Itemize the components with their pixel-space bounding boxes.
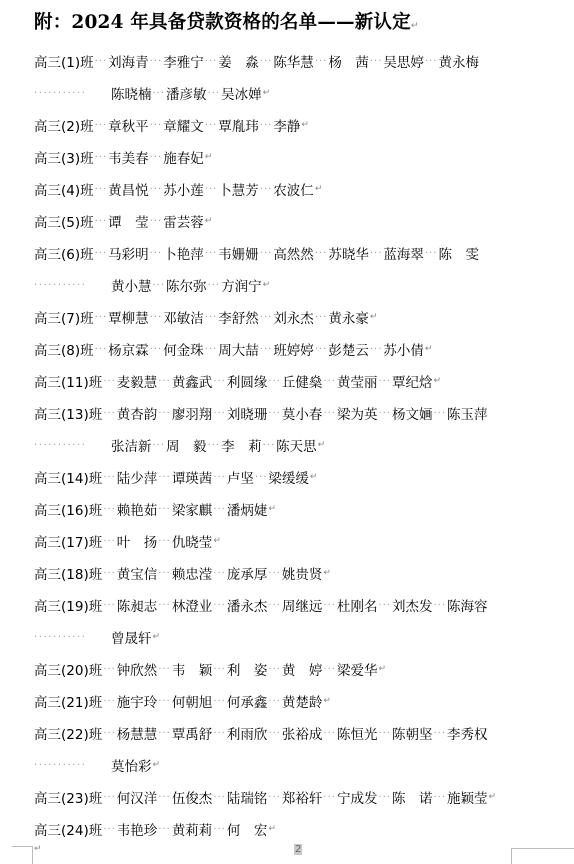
paragraph-mark-icon: ↵ — [411, 21, 419, 31]
tab-leader: ··· — [377, 728, 392, 739]
tab-leader: ··· — [267, 728, 282, 739]
tab-leader: ··· — [259, 248, 274, 259]
paragraph-mark-icon: ↵ — [489, 792, 497, 802]
student-name: 廖羽翔 — [172, 403, 213, 423]
class-row-continuation: ···········黄小慧···陈尔弥···方润宁↵ — [34, 269, 554, 301]
class-row: 高三(23)班···何汉洋···伍俊杰···陆瑞铭···郑裕轩···宁成发···… — [34, 781, 554, 813]
tab-leader: ··· — [102, 824, 117, 835]
tab-leader: ··· — [204, 56, 219, 67]
student-name: 黄永豪 — [328, 307, 369, 327]
student-name: 陆少萍 — [117, 467, 158, 487]
tab-leader: ··· — [322, 408, 337, 419]
class-label: 高三(7)班 — [34, 307, 94, 327]
student-name: 杨京霖 — [108, 339, 149, 359]
tab-leader: ··· — [207, 88, 222, 99]
student-name: 马彩明 — [108, 243, 149, 263]
student-name: 何金珠 — [163, 339, 204, 359]
tab-leader: ··· — [424, 248, 439, 259]
tab-leader: ··· — [102, 728, 117, 739]
class-label: 高三(11)班 — [34, 371, 102, 391]
student-name: 李雅宁 — [163, 51, 204, 71]
student-name: 郑裕轩 — [282, 787, 323, 807]
student-name: 何承鑫 — [227, 691, 268, 711]
student-name: 黄杏韵 — [117, 403, 158, 423]
student-name: 雷芸蓉 — [163, 211, 204, 231]
class-row: 高三(24)班···韦艳珍···黄莉莉···何 宏↵ — [34, 813, 554, 845]
student-name: 韦姗姗 — [218, 243, 259, 263]
tab-leader: ··· — [424, 56, 439, 67]
tab-leader: ··· — [149, 152, 164, 163]
student-name: 陈 诺 — [392, 787, 433, 807]
student-name: 周继远 — [282, 595, 323, 615]
tab-leader: ··· — [314, 312, 329, 323]
tab-leader: ··· — [157, 664, 172, 675]
student-name: 陈天思 — [276, 435, 317, 455]
student-name: 陆瑞铭 — [227, 787, 268, 807]
student-name: 黄莉莉 — [172, 819, 213, 839]
page-corner-mark-left-vertical — [32, 846, 33, 864]
paragraph-mark-icon: ↵ — [318, 440, 326, 450]
tab-leader: ··· — [369, 344, 384, 355]
student-name: 陈华慧 — [273, 51, 314, 71]
tab-leader: ··· — [94, 248, 109, 259]
student-name: 韦美春 — [108, 147, 149, 167]
student-name: 覃柳慧 — [108, 307, 149, 327]
student-name: 何朝旭 — [172, 691, 213, 711]
tab-leader: ··· — [254, 472, 269, 483]
tab-leader: ··········· — [34, 632, 111, 643]
class-row: 高三(4)班···黄昌悦···苏小莲···卜慧芳···农波仁↵ — [34, 173, 554, 205]
tab-leader: ··· — [314, 248, 329, 259]
class-row: 高三(14)班···陆少萍···谭瑛茜···卢坚···梁缓缓↵ — [34, 461, 554, 493]
tab-leader: ··· — [369, 56, 384, 67]
tab-leader: ··········· — [34, 760, 111, 771]
student-name: 邓敏洁 — [163, 307, 204, 327]
student-name: 利雨欣 — [227, 723, 268, 743]
student-name: 杜刚名 — [337, 595, 378, 615]
student-name: 谭 莹 — [108, 211, 149, 231]
tab-leader: ··· — [204, 120, 219, 131]
tab-leader: ··· — [152, 440, 167, 451]
paragraph-mark-icon: ↵ — [323, 696, 331, 706]
student-name: 莫小春 — [282, 403, 323, 423]
paragraph-mark-icon: ↵ — [434, 376, 442, 386]
class-label: 高三(13)班 — [34, 403, 102, 423]
student-name: 苏晓华 — [328, 243, 369, 263]
class-label: 高三(14)班 — [34, 467, 102, 487]
tab-leader: ··· — [259, 120, 274, 131]
tab-leader: ··· — [322, 728, 337, 739]
class-label: 高三(4)班 — [34, 179, 94, 199]
student-name: 钟欣然 — [117, 659, 158, 679]
student-name: 何 宏 — [227, 819, 268, 839]
tab-leader: ··· — [267, 376, 282, 387]
tab-leader: ··· — [267, 600, 282, 611]
student-name: 黄永梅 — [438, 51, 479, 71]
tab-leader: ··· — [102, 568, 117, 579]
student-name: 杨慧慧 — [117, 723, 158, 743]
tab-leader: ··· — [102, 696, 117, 707]
tab-leader: ··· — [267, 408, 282, 419]
page-corner-mark-right — [511, 848, 574, 864]
student-name: 韦 颖 — [172, 659, 213, 679]
tab-leader: ··· — [102, 408, 117, 419]
student-name: 章耀文 — [163, 115, 204, 135]
tab-leader: ··· — [204, 312, 219, 323]
student-name: 利圆缘 — [227, 371, 268, 391]
class-row: 高三(7)班···覃柳慧···邓敏洁···李舒然···刘永杰···黄永豪↵ — [34, 301, 554, 333]
tab-leader: ··· — [259, 344, 274, 355]
student-name: 赖艳茹 — [117, 499, 158, 519]
student-name: 覃胤玮 — [218, 115, 259, 135]
tab-leader: ··· — [212, 504, 227, 515]
student-name: 赖忠滢 — [172, 563, 213, 583]
tab-leader: ··· — [369, 248, 384, 259]
student-name: 陈 雯 — [438, 243, 479, 263]
tab-leader: ··· — [94, 56, 109, 67]
tab-leader: ··· — [207, 280, 222, 291]
tab-leader: ··· — [377, 408, 392, 419]
class-row: 高三(18)班···黄宝信···赖忠滢···庞承厚···姚贵贤↵ — [34, 557, 554, 589]
class-label: 高三(2)班 — [34, 115, 94, 135]
paragraph-mark-icon: ↵ — [378, 664, 386, 674]
tab-leader: ··· — [157, 504, 172, 515]
tab-leader: ··· — [102, 792, 117, 803]
student-name: 杨文婳 — [392, 403, 433, 423]
student-name: 利 姿 — [227, 659, 268, 679]
paragraph-mark-icon: ↵ — [425, 344, 433, 354]
tab-leader: ··· — [149, 120, 164, 131]
tab-leader: ··· — [267, 568, 282, 579]
page-corner-mark-left — [12, 846, 32, 864]
student-name: 叶 扬 — [117, 531, 158, 551]
student-name: 梁为英 — [337, 403, 378, 423]
class-label: 高三(16)班 — [34, 499, 102, 519]
document-title: 附：2024 年具备贷款资格的名单——新认定↵ — [34, 8, 419, 34]
student-name: 宁成发 — [337, 787, 378, 807]
tab-leader: ··· — [322, 600, 337, 611]
student-name: 吴冰婵 — [221, 83, 262, 103]
tab-leader: ··· — [212, 472, 227, 483]
student-name: 刘杰发 — [392, 595, 433, 615]
tab-leader: ··········· — [34, 440, 111, 451]
tab-leader: ··· — [157, 792, 172, 803]
tab-leader: ··· — [212, 664, 227, 675]
tab-leader: ··· — [157, 472, 172, 483]
tab-leader: ··· — [267, 696, 282, 707]
class-label: 高三(3)班 — [34, 147, 94, 167]
class-name-list: 高三(1)班···刘海青···李雅宁···姜 淼···陈华慧···杨 茜···吴… — [34, 45, 554, 845]
class-label: 高三(23)班 — [34, 787, 102, 807]
tab-leader: ··· — [94, 120, 109, 131]
class-row: 高三(17)班···叶 扬···仇晓莹↵ — [34, 525, 554, 557]
tab-leader: ··· — [149, 216, 164, 227]
tab-leader: ··· — [212, 824, 227, 835]
student-name: 黄宝信 — [117, 563, 158, 583]
tab-leader: ··· — [102, 504, 117, 515]
class-row-continuation: ···········陈晓楠···潘彦敏···吴冰婵↵ — [34, 77, 554, 109]
student-name: 韦艳珍 — [117, 819, 158, 839]
class-label: 高三(8)班 — [34, 339, 94, 359]
student-name: 卜艳萍 — [163, 243, 204, 263]
student-name: 陈昶志 — [117, 595, 158, 615]
student-name: 陈海容 — [447, 595, 488, 615]
tab-leader: ··· — [94, 312, 109, 323]
tab-leader: ··· — [149, 248, 164, 259]
tab-leader: ··· — [212, 376, 227, 387]
class-row: 高三(2)班···章秋平···章耀文···覃胤玮···李静↵ — [34, 109, 554, 141]
student-name: 覃纪焓 — [392, 371, 433, 391]
student-name: 黄莹丽 — [337, 371, 378, 391]
class-label: 高三(22)班 — [34, 723, 102, 743]
student-name: 潘彦敏 — [166, 83, 207, 103]
tab-leader: ··· — [377, 600, 392, 611]
paragraph-mark-icon: ↵ — [213, 536, 221, 546]
student-name: 庞承厚 — [227, 563, 268, 583]
tab-leader: ··· — [204, 248, 219, 259]
student-name: 施春妃 — [163, 147, 204, 167]
class-row: 高三(8)班···杨京霖···何金珠···周大喆···班婷婷···彭楚云···苏… — [34, 333, 554, 365]
paragraph-mark-icon: ↵ — [153, 632, 161, 642]
tab-leader: ··· — [212, 600, 227, 611]
student-name: 苏小倩 — [383, 339, 424, 359]
student-name: 仇晓莹 — [172, 531, 213, 551]
paragraph-mark-icon: ↵ — [268, 824, 276, 834]
class-row: 高三(11)班···麦毅慧···黄鑫武···利圆缘···丘健燊···黄莹丽···… — [34, 365, 554, 397]
student-name: 麦毅慧 — [117, 371, 158, 391]
student-name: 蓝海翠 — [383, 243, 424, 263]
tab-leader: ··· — [157, 376, 172, 387]
paragraph-mark-icon: ↵ — [315, 184, 323, 194]
paragraph-mark-icon: ↵ — [34, 844, 42, 854]
class-label: 高三(17)班 — [34, 531, 102, 551]
tab-leader: ··· — [157, 568, 172, 579]
tab-leader: ··· — [207, 440, 222, 451]
tab-leader: ··· — [94, 216, 109, 227]
student-name: 李秀权 — [447, 723, 488, 743]
class-label: 高三(21)班 — [34, 691, 102, 711]
tab-leader: ··· — [149, 184, 164, 195]
student-name: 班婷婷 — [273, 339, 314, 359]
student-name: 陈朝坚 — [392, 723, 433, 743]
paragraph-mark-icon: ↵ — [205, 152, 213, 162]
tab-leader: ··· — [259, 56, 274, 67]
student-name: 黄小慧 — [111, 275, 152, 295]
class-label: 高三(19)班 — [34, 595, 102, 615]
tab-leader: ··· — [259, 184, 274, 195]
student-name: 林澄业 — [172, 595, 213, 615]
paragraph-mark-icon: ↵ — [205, 216, 213, 226]
class-row-continuation: ···········莫怡彩↵ — [34, 749, 554, 781]
student-name: 苏小莲 — [163, 179, 204, 199]
class-row: 高三(21)班···施宇玲···何朝旭···何承鑫···黄楚龄↵ — [34, 685, 554, 717]
student-name: 黄昌悦 — [108, 179, 149, 199]
class-row: 高三(3)班···韦美春···施春妃↵ — [34, 141, 554, 173]
class-row: 高三(19)班···陈昶志···林澄业···潘永杰···周继远···杜刚名···… — [34, 589, 554, 621]
student-name: 黄 婷 — [282, 659, 323, 679]
student-name: 陈恒光 — [337, 723, 378, 743]
class-label: 高三(5)班 — [34, 211, 94, 231]
student-name: 覃禹舒 — [172, 723, 213, 743]
student-name: 黄楚龄 — [282, 691, 323, 711]
student-name: 李 莉 — [221, 435, 262, 455]
tab-leader: ··· — [212, 696, 227, 707]
tab-leader: ··· — [322, 664, 337, 675]
tab-leader: ··· — [262, 440, 277, 451]
tab-leader: ··· — [152, 88, 167, 99]
student-name: 张裕成 — [282, 723, 323, 743]
student-name: 方润宁 — [221, 275, 262, 295]
tab-leader: ··· — [94, 184, 109, 195]
student-name: 章秋平 — [108, 115, 149, 135]
tab-leader: ··· — [102, 600, 117, 611]
student-name: 梁家麒 — [172, 499, 213, 519]
class-label: 高三(18)班 — [34, 563, 102, 583]
tab-leader: ··· — [433, 792, 448, 803]
class-label: 高三(20)班 — [34, 659, 102, 679]
tab-leader: ··· — [102, 472, 117, 483]
student-name: 彭楚云 — [328, 339, 369, 359]
student-name: 黄鑫武 — [172, 371, 213, 391]
class-label: 高三(1)班 — [34, 51, 94, 71]
class-row: 高三(5)班···谭 莹···雷芸蓉↵ — [34, 205, 554, 237]
class-row: 高三(13)班···黄杏韵···廖羽翔···刘晓珊···莫小春···梁为英···… — [34, 397, 554, 429]
student-name: 周大喆 — [218, 339, 259, 359]
tab-leader: ··· — [377, 792, 392, 803]
class-row: 高三(6)班···马彩明···卜艳萍···韦姗姗···高然然···苏晓华···蓝… — [34, 237, 554, 269]
tab-leader: ··· — [157, 600, 172, 611]
tab-leader: ··· — [204, 184, 219, 195]
student-name: 潘永杰 — [227, 595, 268, 615]
tab-leader: ··· — [157, 824, 172, 835]
student-name: 梁爱华 — [337, 659, 378, 679]
student-name: 杨 茜 — [328, 51, 369, 71]
tab-leader: ··· — [152, 280, 167, 291]
tab-leader: ··· — [149, 56, 164, 67]
tab-leader: ··· — [322, 376, 337, 387]
paragraph-mark-icon: ↵ — [263, 280, 271, 290]
paragraph-mark-icon: ↵ — [263, 88, 271, 98]
tab-leader: ··· — [102, 536, 117, 547]
student-name: 张洁新 — [111, 435, 152, 455]
student-name: 刘永杰 — [273, 307, 314, 327]
tab-leader: ··· — [267, 664, 282, 675]
student-name: 卢坚 — [227, 467, 254, 487]
tab-leader: ··· — [157, 408, 172, 419]
tab-leader: ··· — [433, 600, 448, 611]
tab-leader: ··· — [314, 344, 329, 355]
student-name: 吴思婷 — [383, 51, 424, 71]
tab-leader: ··· — [94, 344, 109, 355]
student-name: 何汉洋 — [117, 787, 158, 807]
tab-leader: ··· — [377, 376, 392, 387]
student-name: 卜慧芳 — [218, 179, 259, 199]
tab-leader: ··· — [102, 376, 117, 387]
class-row: 高三(22)班···杨慧慧···覃禹舒···利雨欣···张裕成···陈恒光···… — [34, 717, 554, 749]
tab-leader: ··· — [433, 728, 448, 739]
tab-leader: ··· — [157, 536, 172, 547]
tab-leader: ··· — [322, 792, 337, 803]
student-name: 农波仁 — [273, 179, 314, 199]
student-name: 陈尔弥 — [166, 275, 207, 295]
tab-leader: ··· — [314, 56, 329, 67]
title-text: 附：2024 年具备贷款资格的名单——新认定 — [34, 12, 411, 33]
page-number: 2 — [294, 844, 302, 855]
student-name: 曾晟轩 — [111, 627, 152, 647]
paragraph-mark-icon: ↵ — [370, 312, 378, 322]
student-name: 刘晓珊 — [227, 403, 268, 423]
tab-leader: ··· — [267, 792, 282, 803]
tab-leader: ··· — [94, 152, 109, 163]
class-label: 高三(24)班 — [34, 819, 102, 839]
student-name: 陈玉萍 — [447, 403, 488, 423]
paragraph-mark-icon: ↵ — [310, 472, 318, 482]
tab-leader: ··· — [102, 664, 117, 675]
student-name: 丘健燊 — [282, 371, 323, 391]
tab-leader: ··· — [212, 728, 227, 739]
tab-leader: ··· — [149, 312, 164, 323]
student-name: 李静 — [273, 115, 300, 135]
student-name: 谭瑛茜 — [172, 467, 213, 487]
student-name: 莫怡彩 — [111, 755, 152, 775]
student-name: 姜 淼 — [218, 51, 259, 71]
student-name: 姚贵贤 — [282, 563, 323, 583]
student-name: 陈晓楠 — [111, 83, 152, 103]
student-name: 施颖莹 — [447, 787, 488, 807]
student-name: 施宇玲 — [117, 691, 158, 711]
tab-leader: ··········· — [34, 88, 111, 99]
tab-leader: ··· — [433, 408, 448, 419]
tab-leader: ··· — [212, 792, 227, 803]
tab-leader: ··· — [259, 312, 274, 323]
tab-leader: ··· — [149, 344, 164, 355]
class-row: 高三(16)班···赖艳茹···梁家麒···潘炳婕↵ — [34, 493, 554, 525]
paragraph-mark-icon: ↵ — [323, 568, 331, 578]
student-name: 刘海青 — [108, 51, 149, 71]
class-row: 高三(1)班···刘海青···李雅宁···姜 淼···陈华慧···杨 茜···吴… — [34, 45, 554, 77]
tab-leader: ··· — [204, 344, 219, 355]
class-row-continuation: ···········曾晟轩↵ — [34, 621, 554, 653]
paragraph-mark-icon: ↵ — [301, 120, 309, 130]
paragraph-mark-icon: ↵ — [268, 504, 276, 514]
tab-leader: ··· — [212, 568, 227, 579]
student-name: 高然然 — [273, 243, 314, 263]
class-row-continuation: ···········张洁新···周 毅···李 莉···陈天思↵ — [34, 429, 554, 461]
tab-leader: ··· — [157, 696, 172, 707]
class-row: 高三(20)班···钟欣然···韦 颖···利 姿···黄 婷···梁爱华↵ — [34, 653, 554, 685]
student-name: 潘炳婕 — [227, 499, 268, 519]
class-label: 高三(6)班 — [34, 243, 94, 263]
student-name: 李舒然 — [218, 307, 259, 327]
tab-leader: ··· — [157, 728, 172, 739]
tab-leader: ··· — [212, 408, 227, 419]
paragraph-mark-icon: ↵ — [153, 760, 161, 770]
student-name: 伍俊杰 — [172, 787, 213, 807]
student-name: 梁缓缓 — [268, 467, 309, 487]
tab-leader: ··········· — [34, 280, 111, 291]
student-name: 周 毅 — [166, 435, 207, 455]
